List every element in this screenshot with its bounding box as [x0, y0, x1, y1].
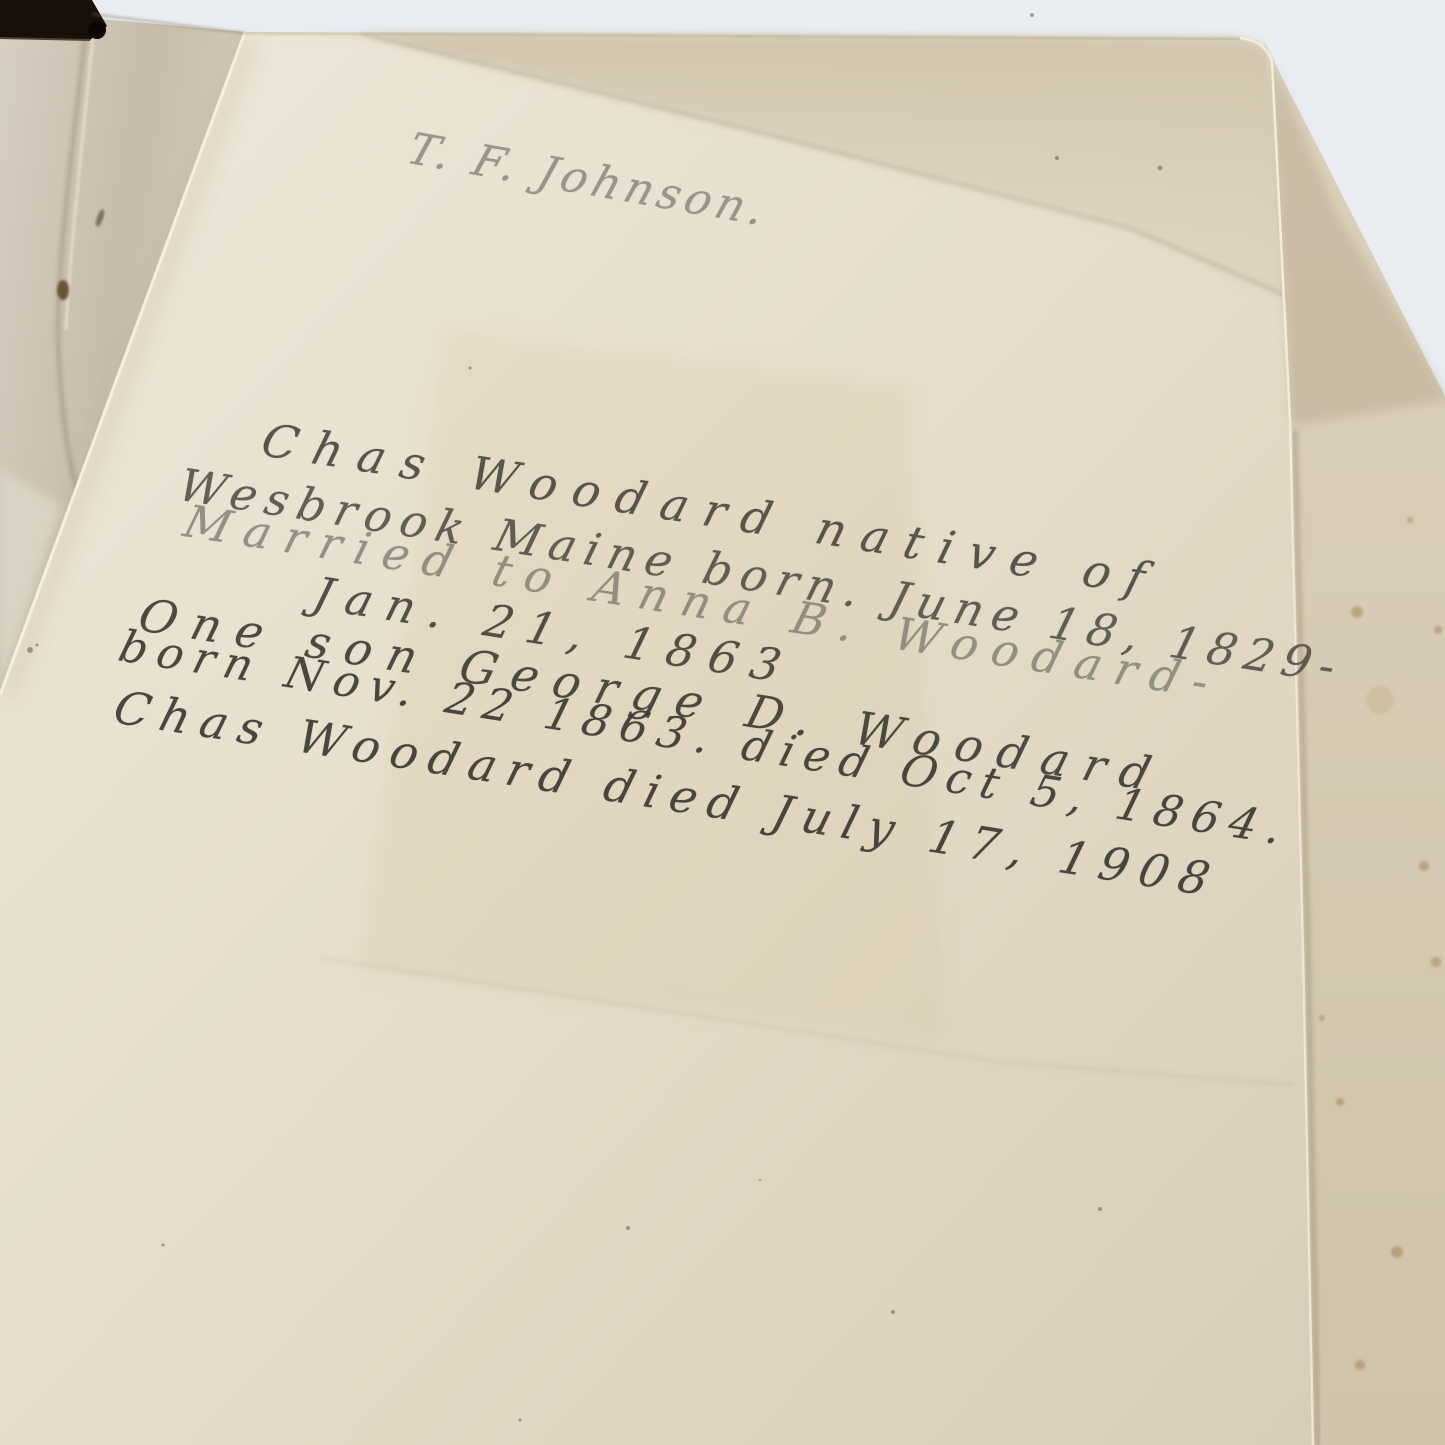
board-corner-blob	[88, 21, 106, 39]
gutter-debris-speck	[57, 280, 69, 300]
paste-impression	[360, 330, 945, 1040]
antique-book-photo: T. F. Johnson. Chas Woodard native of We…	[0, 0, 1445, 1445]
